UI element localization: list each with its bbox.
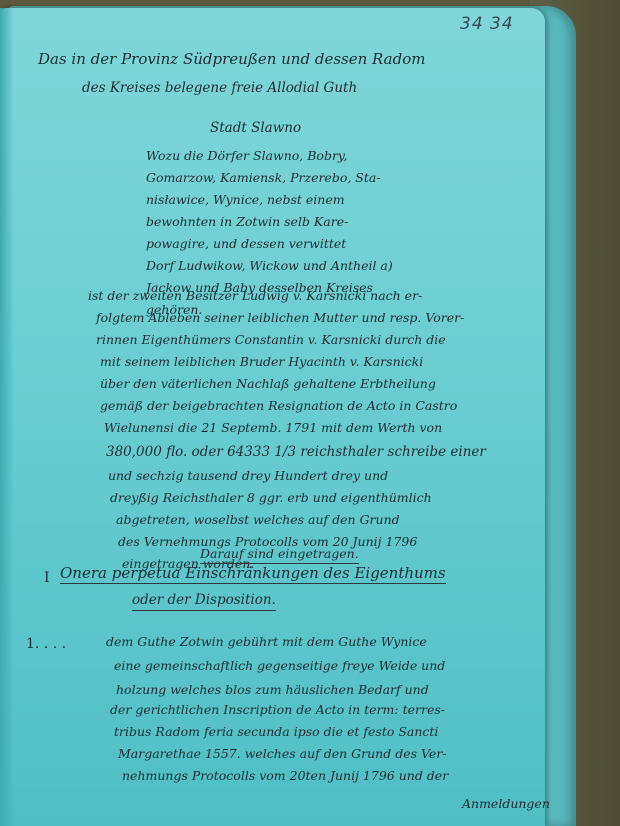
paragraph-line-9: und sechzig tausend drey Hundert drey un… [108, 470, 388, 483]
entry-line-7: nehmungs Protocolls vom 20ten Junij 1796… [122, 770, 448, 783]
section-title-line-1: Onera perpetua Einschränkungen des Eigen… [60, 566, 446, 584]
entered-heading: Darauf sind eingetragen. [200, 548, 359, 564]
paragraph-line-10: dreyßig Reichsthaler 8 ggr. erb und eige… [110, 492, 432, 505]
description-line-1: Wozu die Dörfer Slawno, Bobry, [146, 150, 347, 163]
description-line-6: Dorf Ludwikow, Wickow und Antheil a) [146, 260, 393, 273]
paragraph-line-5: über den väterlichen Nachlaß gehaltene E… [100, 378, 436, 391]
entry-line-5: tribus Radom feria secunda ipso die et f… [114, 726, 438, 739]
description-line-4: bewohnten in Zotwin selb Kare- [146, 216, 348, 229]
heading-line-3: Stadt Slawno [210, 122, 301, 136]
entry-line-2: eine gemeinschaftlich gegenseitige freye… [114, 660, 445, 673]
paragraph-line-8: 380,000 flo. oder 64333 1/3 reichsthaler… [106, 446, 486, 460]
paragraph-line-6: gemäß der beigebrachten Resignation de A… [100, 400, 457, 413]
paragraph-line-11: abgetreten, woselbst welches auf den Gru… [116, 514, 400, 527]
heading-line-1: Das in der Provinz Südpreußen und dessen… [38, 52, 425, 67]
paragraph-line-4: mit seinem leiblichen Bruder Hyacinth v.… [100, 356, 423, 369]
section-numeral: I [44, 570, 50, 586]
description-line-2: Gomarzow, Kamiensk, Przerebo, Sta- [146, 172, 381, 185]
entry-line-4: der gerichtlichen Inscription de Acto in… [110, 704, 445, 717]
catchword: Anmeldungen [462, 798, 550, 811]
entry-line-3: holzung welches blos zum häuslichen Beda… [116, 684, 429, 697]
heading-line-2: des Kreises belegene freie Allodial Guth [82, 82, 357, 96]
paragraph-line-1: ist der zweiten Besitzer Ludwig v. Karsn… [88, 290, 422, 303]
page-binding-shadow [0, 8, 14, 826]
entry-line-6: Margarethae 1557. welches auf den Grund … [118, 748, 446, 761]
description-line-3: nisławice, Wynice, nebst einem [146, 194, 345, 207]
section-title-line-2: oder der Disposition. [132, 594, 276, 611]
folio-number: 34 34 [460, 14, 514, 34]
paragraph-line-7: Wielunensi die 21 Septemb. 1791 mit dem … [104, 422, 442, 435]
entry-line-1: dem Guthe Zotwin gebührt mit dem Guthe W… [106, 636, 427, 649]
paragraph-line-3: rinnen Eigenthümers Constantin v. Karsni… [96, 334, 446, 347]
paragraph-line-2: folgtem Ableben seiner leiblichen Mutter… [96, 312, 464, 325]
entry-number: 1. . . . [26, 636, 66, 652]
description-line-5: powagire, und dessen verwittet [146, 238, 346, 251]
